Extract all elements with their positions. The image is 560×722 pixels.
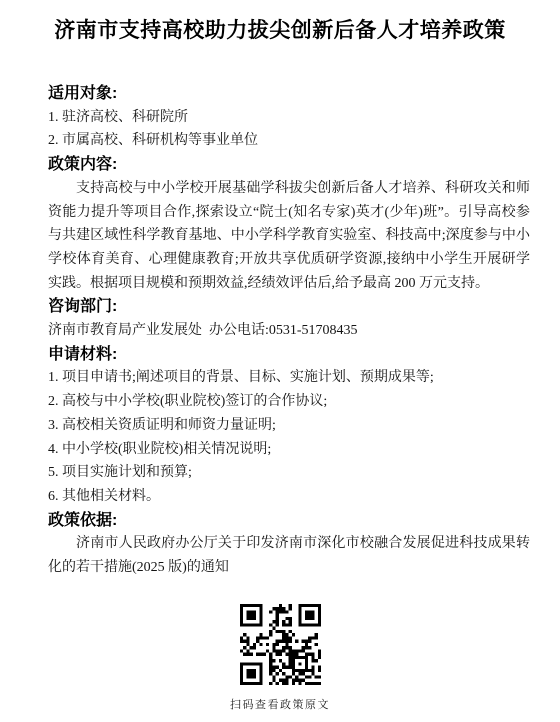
list-item: 2. 高校与中小学校(职业院校)签订的合作协议;	[48, 390, 530, 414]
list-item: 6. 其他相关材料。	[48, 485, 530, 509]
section-policy-basis: 政策依据: 济南市人民政府办公厅关于印发济南市深化市校融合发展促进科技成果转化的…	[48, 509, 530, 580]
section-heading-policy-content: 政策内容:	[48, 153, 530, 177]
qr-caption: 扫码查看政策原文	[0, 697, 560, 713]
qr-code	[240, 604, 321, 685]
section-heading-policy-basis: 政策依据:	[48, 509, 530, 533]
list-item: 1. 驻济高校、科研院所	[48, 106, 530, 130]
section-consult-department: 咨询部门: 济南市教育局产业发展处 办公电话:0531-51708435	[48, 295, 530, 342]
list-item: 5. 项目实施计划和预算;	[48, 461, 530, 485]
list-item: 3. 高校相关资质证明和师资力量证明;	[48, 414, 530, 438]
policy-document-page: 济南市支持高校助力拔尖创新后备人才培养政策 适用对象: 1. 驻济高校、科研院所…	[0, 0, 560, 722]
section-heading-application-materials: 申请材料:	[48, 343, 530, 367]
section-policy-content: 政策内容: 支持高校与中小学校开展基础学科拔尖创新后备人才培养、科研攻关和师资能…	[48, 153, 530, 295]
page-title: 济南市支持高校助力拔尖创新后备人才培养政策	[0, 0, 560, 44]
section-heading-consult-department: 咨询部门:	[48, 295, 530, 319]
section-heading-applicable-targets: 适用对象:	[48, 82, 530, 106]
policy-content-paragraph: 支持高校与中小学校开展基础学科拔尖创新后备人才培养、科研攻关和师资能力提升等项目…	[48, 177, 530, 296]
list-item: 2. 市属高校、科研机构等事业单位	[48, 129, 530, 153]
document-body: 适用对象: 1. 驻济高校、科研院所 2. 市属高校、科研机构等事业单位 政策内…	[48, 82, 530, 580]
policy-basis-paragraph: 济南市人民政府办公厅关于印发济南市深化市校融合发展促进科技成果转化的若干措施(2…	[48, 532, 530, 579]
consult-department-line: 济南市教育局产业发展处 办公电话:0531-51708435	[48, 319, 530, 343]
section-applicable-targets: 适用对象: 1. 驻济高校、科研院所 2. 市属高校、科研机构等事业单位	[48, 82, 530, 153]
section-application-materials: 申请材料: 1. 项目申请书;阐述项目的背景、目标、实施计划、预期成果等; 2.…	[48, 343, 530, 509]
list-item: 4. 中小学校(职业院校)相关情况说明;	[48, 438, 530, 462]
list-item: 1. 项目申请书;阐述项目的背景、目标、实施计划、预期成果等;	[48, 366, 530, 390]
qr-block: 扫码查看政策原文	[0, 604, 560, 713]
